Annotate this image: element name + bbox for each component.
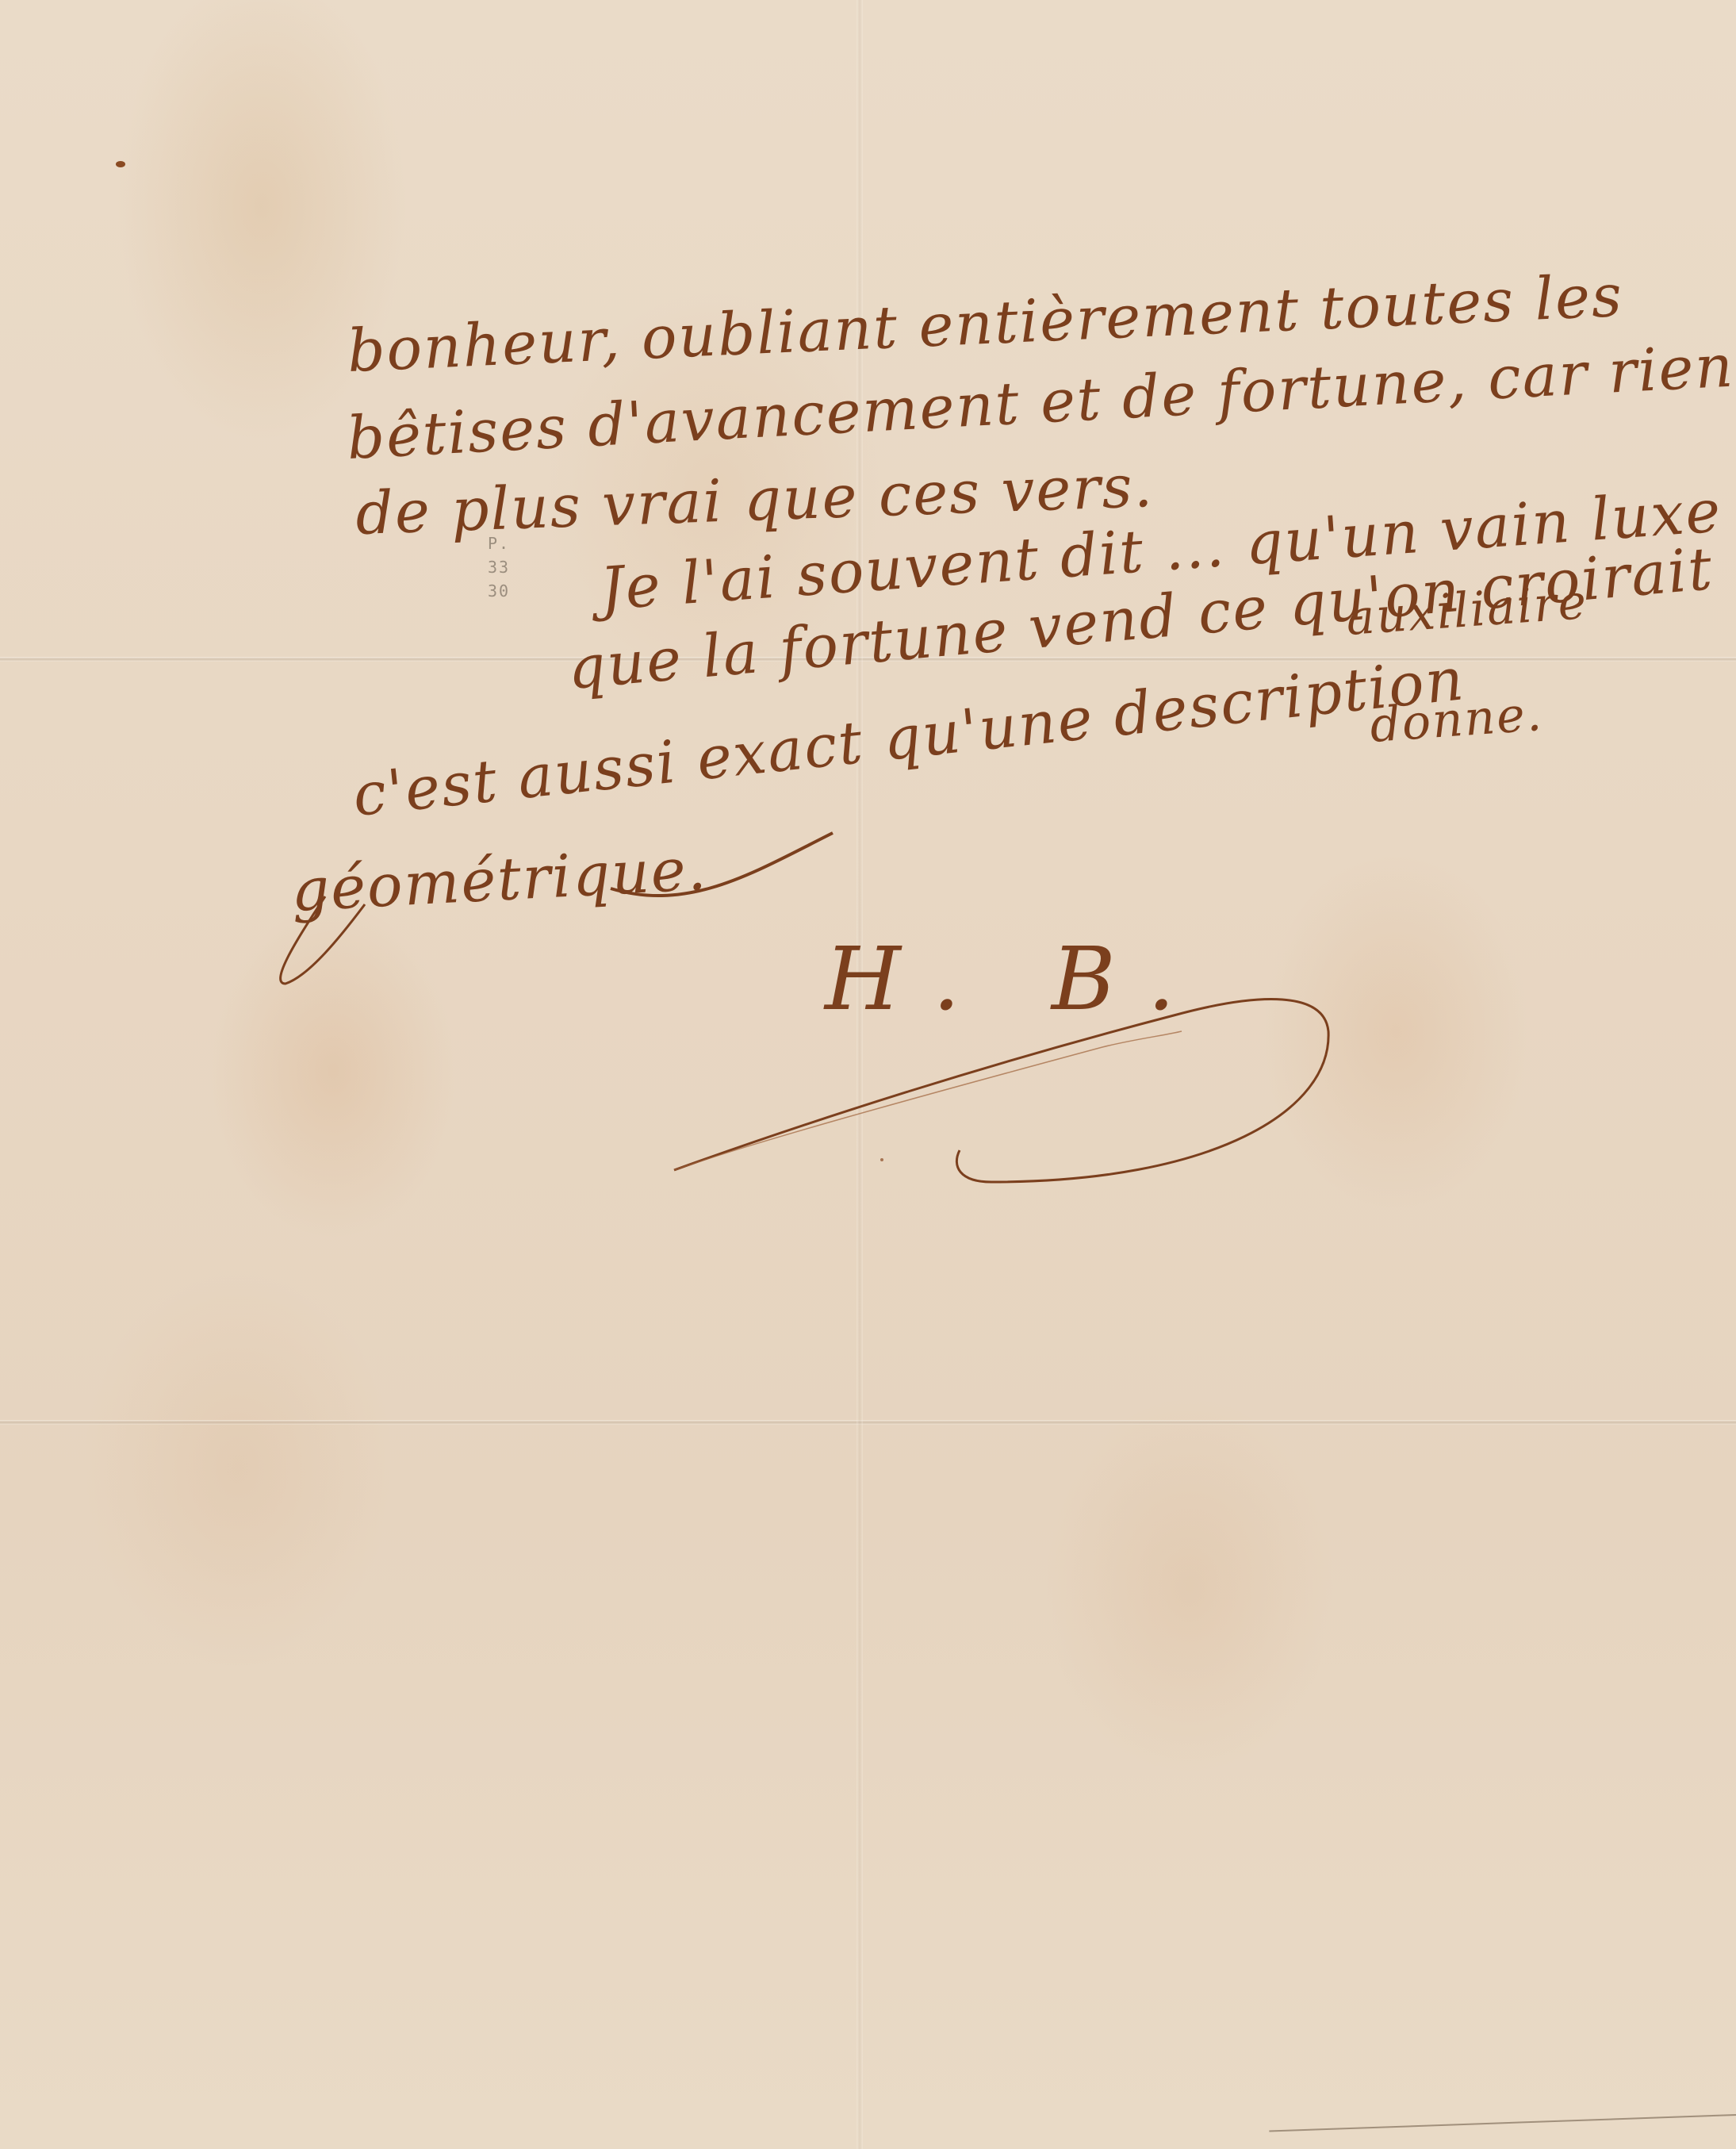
horizontal-fold-line [0, 1420, 1736, 1425]
signature: H. B. [658, 904, 1332, 1190]
paper-tear-edge [1269, 2114, 1736, 2132]
signature-paraph-icon [658, 904, 1332, 1190]
ink-speck [116, 161, 125, 167]
letter-page: P. 33 30 bonheur, oubliant entièrement t… [0, 0, 1736, 2149]
